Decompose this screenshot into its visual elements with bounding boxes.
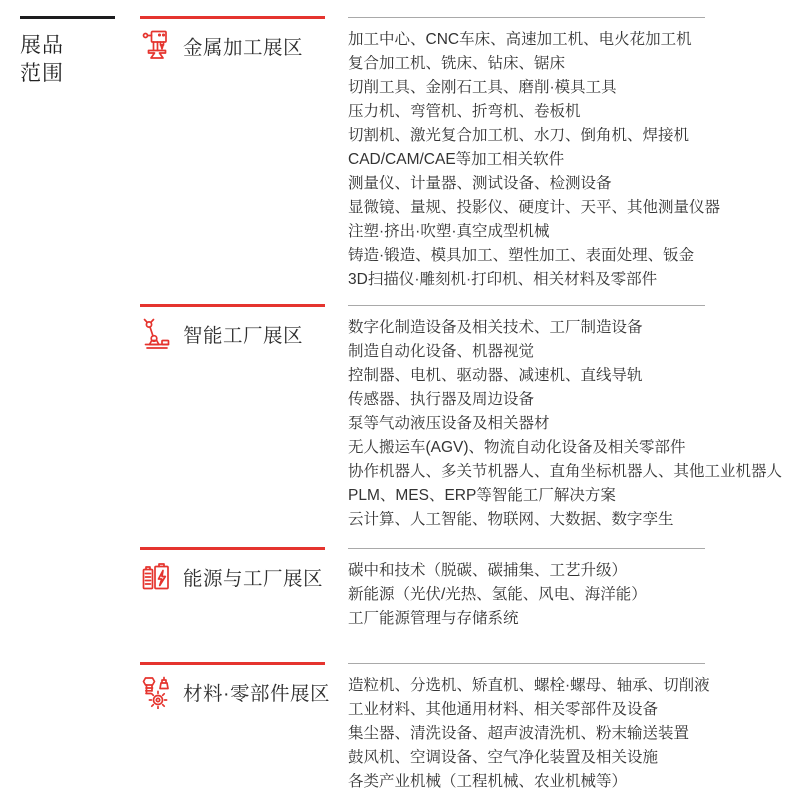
zone-item: 铸造·锻造、模具加工、塑性加工、表面处理、钣金	[348, 244, 786, 268]
zone-item: 无人搬运车(AGV)、物流自动化设备及相关零部件	[348, 436, 786, 460]
lead-rule	[20, 16, 115, 19]
zone-red-rule	[140, 16, 325, 19]
zone-section: 金属加工展区 加工中心、CNC车床、高速加工机、电火花加工机复合加工机、铣床、钻…	[140, 16, 786, 292]
zone-body: 造粒机、分选机、矫直机、螺栓·螺母、轴承、切削液工业材料、其他通用材料、相关零部…	[348, 662, 786, 794]
page-title-block: 展品 范围	[20, 16, 116, 88]
bolt-gear-icon	[140, 675, 174, 709]
zone-title-row: 智能工厂展区	[140, 317, 348, 351]
zone-item: PLM、MES、ERP等智能工厂解决方案	[348, 484, 786, 508]
zone-item: 传感器、执行器及周边设备	[348, 388, 786, 412]
zone-item-list: 碳中和技术（脱碳、碳捕集、工艺升级）新能源（光伏/光热、氢能、风电、海洋能）工厂…	[348, 549, 786, 631]
zone-item: 新能源（光伏/光热、氢能、风电、海洋能）	[348, 583, 786, 607]
zone-item: 造粒机、分选机、矫直机、螺栓·螺母、轴承、切削液	[348, 674, 786, 698]
zone-item: 集尘器、清洗设备、超声波清洗机、粉末输送装置	[348, 722, 786, 746]
zone-body: 加工中心、CNC车床、高速加工机、电火花加工机复合加工机、铣床、钻床、锯床切削工…	[348, 16, 786, 292]
page-title-line-2: 范围	[20, 60, 116, 88]
zone-item-list: 造粒机、分选机、矫直机、螺栓·螺母、轴承、切削液工业材料、其他通用材料、相关零部…	[348, 664, 786, 794]
zone-head: 能源与工厂展区	[140, 547, 348, 594]
zone-item: 各类产业机械（工程机械、农业机械等）	[348, 770, 786, 794]
zone-item: 3D扫描仪·雕刻机·打印机、相关材料及零部件	[348, 268, 786, 292]
zone-item: 碳中和技术（脱碳、碳捕集、工艺升级）	[348, 559, 786, 583]
zone-section: 智能工厂展区 数字化制造设备及相关技术、工厂制造设备制造自动化设备、机器视觉控制…	[140, 304, 786, 532]
zone-title: 智能工厂展区	[183, 320, 303, 348]
zone-title-row: 金属加工展区	[140, 29, 348, 63]
zone-section: 能源与工厂展区 碳中和技术（脱碳、碳捕集、工艺升级）新能源（光伏/光热、氢能、风…	[140, 547, 786, 631]
zone-item: 压力机、弯管机、折弯机、卷板机	[348, 100, 786, 124]
zone-head: 金属加工展区	[140, 16, 348, 63]
zone-item: 注塑·挤出·吹塑·真空成型机械	[348, 220, 786, 244]
zone-item: CAD/CAM/CAE等加工相关软件	[348, 148, 786, 172]
zone-title-row: 材料·零部件展区	[140, 675, 348, 709]
zone-item: 加工中心、CNC车床、高速加工机、电火花加工机	[348, 28, 786, 52]
zone-title: 能源与工厂展区	[183, 563, 323, 591]
zone-item: 协作机器人、多关节机器人、直角坐标机器人、其他工业机器人	[348, 460, 786, 484]
zone-item-list: 数字化制造设备及相关技术、工厂制造设备制造自动化设备、机器视觉控制器、电机、驱动…	[348, 306, 786, 532]
zone-title: 金属加工展区	[183, 32, 303, 60]
zones: 金属加工展区 加工中心、CNC车床、高速加工机、电火花加工机复合加工机、铣床、钻…	[140, 16, 786, 794]
zone-section: 材料·零部件展区 造粒机、分选机、矫直机、螺栓·螺母、轴承、切削液工业材料、其他…	[140, 662, 786, 794]
zone-item: 显微镜、量规、投影仪、硬度计、天平、其他测量仪器	[348, 196, 786, 220]
zone-item: 控制器、电机、驱动器、减速机、直线导轨	[348, 364, 786, 388]
zone-item: 鼓风机、空调设备、空气净化装置及相关设施	[348, 746, 786, 770]
zone-item: 工厂能源管理与存储系统	[348, 607, 786, 631]
zone-item: 测量仪、计量器、测试设备、检测设备	[348, 172, 786, 196]
zone-item: 制造自动化设备、机器视觉	[348, 340, 786, 364]
zone-item: 数字化制造设备及相关技术、工厂制造设备	[348, 316, 786, 340]
page-title-line-1: 展品	[20, 32, 116, 60]
zone-red-rule	[140, 547, 325, 550]
zone-body: 碳中和技术（脱碳、碳捕集、工艺升级）新能源（光伏/光热、氢能、风电、海洋能）工厂…	[348, 547, 786, 631]
zone-item: 切割机、激光复合加工机、水刀、倒角机、焊接机	[348, 124, 786, 148]
zone-item: 云计算、人工智能、物联网、大数据、数字孪生	[348, 508, 786, 532]
page-title: 展品 范围	[20, 32, 116, 88]
zone-title-row: 能源与工厂展区	[140, 560, 348, 594]
zone-head: 智能工厂展区	[140, 304, 348, 351]
zone-body: 数字化制造设备及相关技术、工厂制造设备制造自动化设备、机器视觉控制器、电机、驱动…	[348, 304, 786, 532]
zone-item: 工业材料、其他通用材料、相关零部件及设备	[348, 698, 786, 722]
milling-machine-icon	[140, 29, 174, 63]
zone-item: 复合加工机、铣床、钻床、锯床	[348, 52, 786, 76]
battery-energy-icon	[140, 560, 174, 594]
exhibit-scope-page: 展品 范围 金属加工展区 加工中心、CNC车床、高速加工机、电火花加工机复合加工…	[0, 0, 786, 798]
zone-item: 泵等气动液压设备及相关器材	[348, 412, 786, 436]
zone-head: 材料·零部件展区	[140, 662, 348, 709]
zone-item: 切削工具、金刚石工具、磨削·模具工具	[348, 76, 786, 100]
zone-item-list: 加工中心、CNC车床、高速加工机、电火花加工机复合加工机、铣床、钻床、锯床切削工…	[348, 18, 786, 292]
zone-red-rule	[140, 304, 325, 307]
zone-title: 材料·零部件展区	[183, 678, 330, 706]
robot-arm-icon	[140, 317, 174, 351]
zone-red-rule	[140, 662, 325, 665]
